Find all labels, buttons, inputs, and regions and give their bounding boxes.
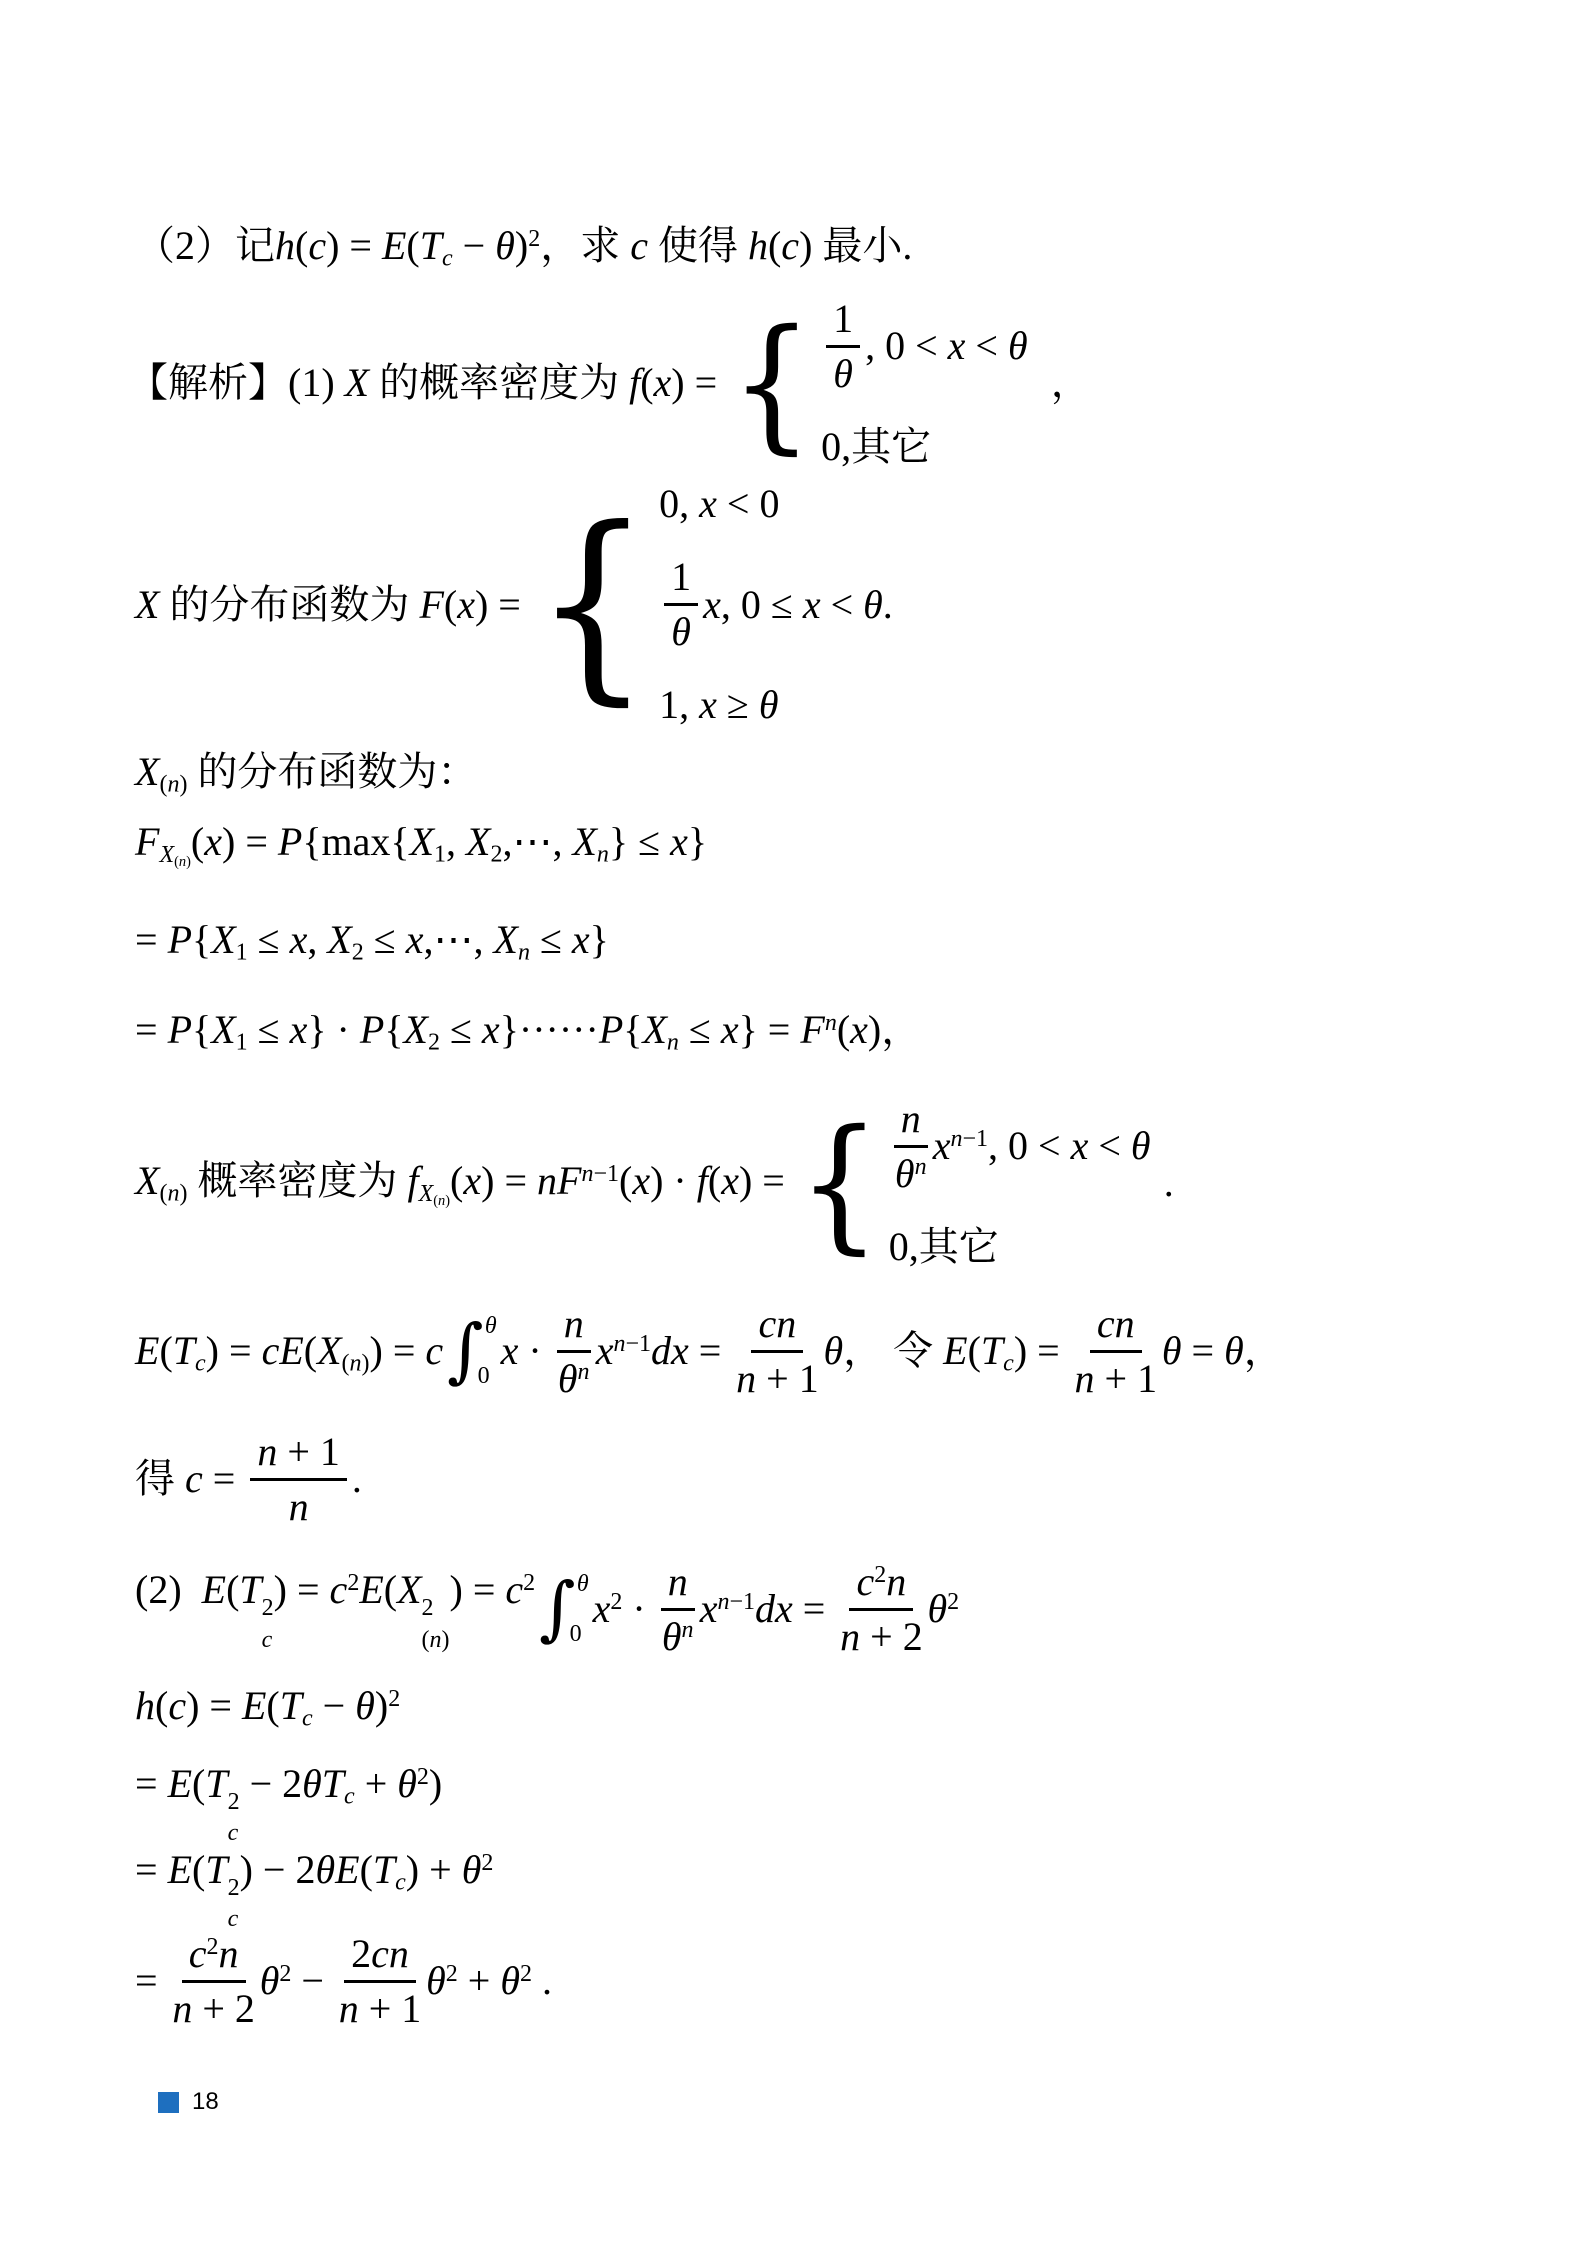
document-page: （2）记h(c) = E(Tc − θ)2，求 c 使得 h(c) 最小.【解析…: [0, 0, 1587, 2245]
cases-group: {0, x < 01θx, 0 ≤ x < θ.1, x ≥ θ: [534, 480, 893, 729]
math-run: xn−1dx =: [700, 1585, 836, 1632]
math-var: n: [825, 1010, 837, 1036]
math-var: P: [168, 917, 192, 962]
math-var: n: [167, 1181, 179, 1207]
math-var: cE: [262, 1328, 304, 1373]
math-text: ,: [307, 917, 327, 962]
math-var: n: [289, 1484, 309, 1529]
math-text: 2: [428, 1030, 440, 1056]
math-line-8: X(n) 概率密度为 fX(n)(x) = nFn−1(x) · f(x) = …: [135, 1095, 1174, 1270]
math-text: ·: [622, 1586, 655, 1631]
math-text: =: [1182, 1328, 1225, 1373]
math-text: 1: [833, 296, 853, 341]
math-var: c: [330, 1567, 348, 1612]
math-supscript: 2: [947, 1589, 959, 1615]
math-var: n: [840, 1614, 860, 1659]
math-text: 2: [446, 1961, 458, 1987]
math-text: } ·: [307, 1007, 360, 1052]
math-text: <: [821, 582, 864, 627]
math-var: x: [933, 1123, 951, 1168]
fraction: nθn: [894, 1095, 928, 1197]
math-subscript: (n): [174, 854, 191, 870]
math-text: (: [192, 1761, 205, 1806]
math-line-15: = c2nn + 2θ2 − 2cnn + 1θ2 + θ2 .: [135, 1930, 552, 2032]
math-text: ) =: [475, 582, 531, 627]
math-text: (: [968, 1328, 981, 1373]
math-var: n: [518, 940, 530, 966]
math-var: dx: [651, 1328, 689, 1373]
math-var: θ: [1131, 1123, 1151, 1168]
math-var: n: [1075, 1356, 1095, 1401]
math-text: ) =: [206, 1328, 262, 1373]
math-run: = E(T2c − 2θTc + θ2): [135, 1760, 442, 1845]
cases-row: 0,其它: [889, 1223, 999, 1270]
math-text: ≥: [717, 682, 759, 727]
math-var: θ: [662, 1614, 682, 1659]
math-text: 2: [523, 1570, 535, 1596]
math-var: h: [135, 1683, 155, 1728]
math-text: 的分布函数为：: [187, 749, 477, 794]
math-var: c: [189, 1931, 207, 1976]
math-var: x: [1071, 1123, 1089, 1168]
math-text: {: [192, 917, 211, 962]
math-run: x, 0 ≤ x < θ.: [703, 581, 893, 628]
math-text: 的分布函数为: [159, 582, 419, 627]
math-run: 得 c =: [135, 1455, 245, 1502]
math-text: =: [203, 1456, 246, 1501]
math-text: {: [623, 1007, 642, 1052]
math-run: n: [564, 1300, 584, 1347]
math-var: x: [948, 323, 966, 368]
math-var: T: [322, 1761, 344, 1806]
math-run: c2n: [189, 1930, 239, 1977]
math-supscript: n−1: [950, 1126, 988, 1152]
math-line-7: = P{X1 ≤ x} · P{X2 ≤ x}······P{Xn ≤ x} =…: [135, 1006, 921, 1055]
math-var: x: [593, 1586, 611, 1631]
math-subscript: c: [1003, 1350, 1014, 1376]
math-run: xn−1, 0 < x < θ: [933, 1122, 1151, 1169]
footer-marker-square: [158, 2092, 179, 2113]
math-run: , 0 < x < θ: [865, 322, 1028, 369]
math-var: c: [185, 1456, 203, 1501]
math-var: x: [803, 582, 821, 627]
math-var: F: [419, 582, 443, 627]
math-run: = P{X1 ≤ x, X2 ≤ x,⋯, Xn ≤ x}: [135, 916, 609, 965]
math-text: 2: [228, 1789, 240, 1815]
math-var: T: [239, 1567, 261, 1612]
math-run: n: [668, 1558, 688, 1605]
left-brace: {: [534, 501, 651, 707]
math-var: x: [632, 1158, 650, 1203]
math-var: x: [699, 481, 717, 526]
math-text: (: [837, 1007, 850, 1052]
math-run: θ: [671, 608, 691, 655]
math-run: FX(n)(x) = P{max{X1, X2,⋯, Xn} ≤ x}: [135, 818, 707, 869]
math-var: T: [205, 1761, 227, 1806]
math-var: θ: [1008, 323, 1028, 368]
math-var: n: [668, 1559, 688, 1604]
math-var: n: [430, 1627, 442, 1653]
math-text: ) =: [186, 1683, 242, 1728]
math-var: f: [697, 1158, 708, 1203]
math-var: x: [501, 1328, 519, 1373]
math-text: ，求: [540, 223, 630, 268]
math-run: 2cn: [351, 1930, 409, 1977]
math-run: n + 2: [172, 1985, 255, 2032]
math-var: X: [466, 819, 490, 864]
math-text: 2: [490, 842, 502, 868]
math-text: +: [355, 1761, 398, 1806]
math-text: ) =: [222, 819, 278, 864]
math-var: f: [407, 1158, 418, 1203]
math-var: θ: [928, 1586, 948, 1631]
math-var: x: [596, 1328, 614, 1373]
math-text: 0,: [659, 481, 699, 526]
math-var: x: [572, 917, 590, 962]
math-text: ): [442, 1627, 450, 1653]
math-var: n: [886, 1559, 906, 1604]
math-text: (: [640, 360, 653, 405]
math-supscript: 2: [446, 1961, 458, 1987]
math-text: 2: [228, 1875, 240, 1901]
math-text: 2: [347, 1570, 359, 1596]
math-text: (: [384, 1567, 397, 1612]
math-var: X: [135, 582, 159, 627]
math-text: (: [159, 1328, 172, 1373]
math-run: θ = θ，: [1162, 1327, 1284, 1374]
cases-row: 1θx, 0 ≤ x < θ.: [659, 553, 893, 655]
math-var: x: [654, 360, 672, 405]
math-var: c: [781, 223, 799, 268]
math-var: θ: [462, 1847, 482, 1892]
math-text: (2): [135, 1567, 202, 1612]
math-text: 1: [434, 842, 446, 868]
math-supscript: n−1: [581, 1161, 619, 1187]
math-text: ) =: [671, 360, 727, 405]
math-var: c: [344, 1784, 355, 1810]
math-text: (: [342, 1350, 350, 1376]
math-var: n: [950, 1126, 962, 1152]
left-brace: {: [798, 1110, 881, 1256]
cases-group: {nθnxn−1, 0 < x < θ0,其它: [798, 1095, 1151, 1270]
math-text: 1: [236, 940, 248, 966]
fraction: n + 1n: [250, 1428, 347, 1530]
math-run: x2 ·: [593, 1585, 656, 1632]
math-var: x: [670, 819, 688, 864]
math-text: } =: [739, 1007, 801, 1052]
math-line-4: X(n) 的分布函数为：: [135, 748, 477, 797]
math-var: T: [981, 1328, 1003, 1373]
math-var: x: [721, 1007, 739, 1052]
math-var: n: [339, 1986, 359, 2031]
math-run: θ2: [928, 1585, 960, 1632]
math-run: x ·: [501, 1327, 552, 1374]
math-text: 2: [351, 1931, 371, 1976]
fraction: cnn + 1: [736, 1300, 819, 1402]
math-run: n: [289, 1483, 309, 1530]
cases-row: 1, x ≥ θ: [659, 681, 778, 728]
math-text: 2: [874, 1562, 886, 1588]
math-text: ) =: [326, 223, 382, 268]
math-text: ，: [1244, 1328, 1284, 1373]
math-var: θ: [500, 1958, 520, 2003]
math-var: x: [204, 819, 222, 864]
math-var: θ: [355, 1683, 375, 1728]
math-text: ,⋯,: [502, 819, 572, 864]
math-line-11: (2) E(T2c) = c2E(X2(n)) = c2∫θ0x2 · nθnx…: [135, 1558, 959, 1660]
math-var: T: [173, 1328, 195, 1373]
math-text: ): [362, 1350, 370, 1376]
page-number: 18: [192, 2088, 219, 2116]
math-subscript: 2: [490, 842, 502, 868]
math-run: n + 1: [339, 1985, 422, 2032]
math-var: θ: [577, 1571, 589, 1597]
math-var: E: [135, 1328, 159, 1373]
math-var: x: [699, 682, 717, 727]
math-text: 1,: [659, 682, 699, 727]
math-text: + 2: [192, 1986, 255, 2031]
math-subscript: n: [518, 940, 530, 966]
math-var: n: [172, 1986, 192, 2031]
math-var: n: [257, 1429, 277, 1474]
math-supscript: 2: [523, 1570, 535, 1596]
math-text: + 1: [756, 1356, 819, 1401]
math-var: cn: [759, 1301, 797, 1346]
math-var: P: [278, 819, 302, 864]
math-text: }······: [500, 1007, 599, 1052]
math-text: 2: [481, 1850, 493, 1876]
math-text: 2: [279, 1961, 291, 1987]
integral: ∫θ0: [447, 1314, 496, 1388]
fraction: 1θ: [826, 295, 860, 397]
math-text: )，: [868, 1007, 921, 1052]
math-text: （2）记: [135, 223, 275, 268]
math-text: 的概率密度为: [369, 360, 629, 405]
math-var: X: [397, 1567, 421, 1612]
math-line-12: h(c) = E(Tc − θ)2: [135, 1682, 400, 1731]
math-text: =: [135, 1847, 168, 1892]
math-var: E: [359, 1567, 383, 1612]
math-text: + 1: [1095, 1356, 1158, 1401]
math-var: θ: [485, 1313, 497, 1339]
math-var: x: [700, 1586, 718, 1631]
math-line-3: X 的分布函数为 F(x) = {0, x < 01θx, 0 ≤ x < θ.…: [135, 480, 896, 729]
math-run: n + 1: [1075, 1355, 1158, 1402]
math-supsub-stack: 2c: [228, 1876, 240, 1931]
math-text: (: [192, 1847, 205, 1892]
math-run: cn: [1097, 1300, 1135, 1347]
math-var: X: [642, 1007, 666, 1052]
math-text: 2: [422, 1595, 434, 1621]
math-var: θ: [426, 1958, 446, 2003]
math-text: }: [590, 917, 609, 962]
math-var: X: [494, 917, 518, 962]
math-text: =: [793, 1586, 836, 1631]
math-text: −1: [593, 1161, 619, 1187]
math-subscript: (n): [433, 1193, 450, 1209]
math-run: c2n: [857, 1558, 907, 1605]
math-run: n + 1: [736, 1355, 819, 1402]
math-run: (2) E(T2c) = c2E(X2(n)) = c2: [135, 1566, 535, 1651]
left-brace: {: [730, 310, 813, 456]
math-text: .: [352, 1456, 362, 1501]
math-supscript: n−1: [717, 1589, 755, 1615]
math-line-14: = E(T2c) − 2θE(Tc) + θ2: [135, 1846, 493, 1931]
math-text: =: [135, 1958, 168, 2003]
math-var: c: [308, 223, 326, 268]
math-var: P: [168, 1007, 192, 1052]
cases-row: 0,其它: [821, 423, 931, 470]
math-run: X(n) 概率密度为 fX(n)(x) = nFn−1(x) · f(x) =: [135, 1157, 795, 1208]
math-var: n: [219, 1931, 239, 1976]
math-var: c: [442, 246, 453, 272]
math-text: (: [450, 1158, 463, 1203]
math-var: c: [228, 1906, 239, 1932]
math-run: 0, x < 0: [659, 480, 779, 527]
math-var: x: [290, 917, 308, 962]
math-text: ≤: [679, 1007, 721, 1052]
math-text: (: [304, 1328, 317, 1373]
math-var: E: [242, 1683, 266, 1728]
math-text: (: [295, 223, 308, 268]
math-supscript: 2: [279, 1961, 291, 1987]
math-text: <: [1088, 1123, 1131, 1168]
math-text: 2: [528, 226, 540, 252]
math-run: 1: [833, 295, 853, 342]
math-text: ): [375, 1683, 388, 1728]
math-text: (: [266, 1683, 279, 1728]
math-text: .: [532, 1958, 552, 2003]
math-var: T: [205, 1847, 227, 1892]
math-text: =: [135, 1761, 168, 1806]
math-run: xn−1dx =: [596, 1327, 732, 1374]
math-text: ,: [446, 819, 466, 864]
math-text: 得: [135, 1456, 185, 1501]
math-var: θ: [1224, 1328, 1244, 1373]
math-run: 0,其它: [821, 423, 931, 470]
math-text: (: [406, 223, 419, 268]
math-supscript: n: [915, 1154, 927, 1180]
math-var: θ: [671, 609, 691, 654]
math-text: } ≤: [609, 819, 670, 864]
math-subscript: n: [667, 1030, 679, 1056]
math-line-6: = P{X1 ≤ x, X2 ≤ x,⋯, Xn ≤ x}: [135, 916, 609, 965]
math-subscript: X(n): [419, 1181, 450, 1207]
math-text: 0: [478, 1363, 490, 1389]
math-var: θ: [315, 1847, 335, 1892]
math-text: + 1: [359, 1986, 422, 2031]
math-text: 2: [352, 940, 364, 966]
fraction: c2nn + 2: [172, 1930, 255, 2032]
math-text: ) − 2: [240, 1847, 316, 1892]
fraction: nθn: [661, 1558, 695, 1660]
math-run: （2）记h(c) = E(Tc − θ)2，求 c 使得 h(c) 最小.: [135, 222, 912, 271]
math-text: 2: [520, 1961, 532, 1987]
math-subscript: 1: [236, 940, 248, 966]
math-var: E: [202, 1567, 226, 1612]
math-var: X: [345, 360, 369, 405]
math-var: T: [280, 1683, 302, 1728]
math-var: n: [736, 1356, 756, 1401]
math-text: ≤: [248, 1007, 290, 1052]
math-text: , 0 <: [865, 323, 948, 368]
math-text: 0,其它: [889, 1224, 999, 1269]
math-text: ,⋯,: [424, 917, 494, 962]
math-text: − 2: [240, 1761, 303, 1806]
math-var: n: [597, 842, 609, 868]
math-var: nF: [537, 1158, 581, 1203]
math-var: T: [420, 223, 442, 268]
math-var: c: [262, 1627, 273, 1653]
math-var: θ: [833, 351, 853, 396]
math-subscript: c: [195, 1350, 206, 1376]
math-var: n: [350, 1350, 362, 1376]
math-var: cn: [1097, 1301, 1135, 1346]
math-text: ·: [518, 1328, 551, 1373]
cases-row: 0, x < 0: [659, 480, 779, 527]
math-var: θ: [824, 1328, 844, 1373]
math-text: ≤: [530, 917, 572, 962]
math-run: .: [352, 1455, 362, 1502]
math-var: θ: [759, 682, 779, 727]
math-var: c: [630, 223, 648, 268]
math-var: n: [682, 1617, 694, 1643]
math-line-5: FX(n)(x) = P{max{X1, X2,⋯, Xn} ≤ x}: [135, 818, 707, 869]
math-var: θ: [863, 582, 883, 627]
math-var: E: [168, 1847, 192, 1892]
math-text: =: [689, 1328, 732, 1373]
math-text: (: [708, 1158, 721, 1203]
math-text: (: [155, 1683, 168, 1728]
math-text: {: [384, 1007, 403, 1052]
math-subscript: (n): [342, 1350, 370, 1376]
math-line-13: = E(T2c − 2θTc + θ2): [135, 1760, 442, 1845]
math-var: θ: [495, 223, 515, 268]
math-text: (: [191, 819, 204, 864]
math-var: c: [505, 1567, 523, 1612]
math-text: 2: [207, 1934, 219, 1960]
math-supscript: 2: [610, 1589, 622, 1615]
math-subscript: c: [442, 246, 453, 272]
math-var: F: [800, 1007, 824, 1052]
math-var: x: [850, 1007, 868, 1052]
math-subscript: 2: [352, 940, 364, 966]
math-var: X: [419, 1181, 434, 1207]
math-text: 【解析】(1): [128, 360, 345, 405]
math-run: ，: [1031, 359, 1091, 406]
math-supscript: n: [578, 1359, 590, 1385]
fraction: cnn + 1: [1075, 1300, 1158, 1402]
math-var: n: [915, 1154, 927, 1180]
math-var: n: [578, 1359, 590, 1385]
math-text: ) =: [739, 1158, 795, 1203]
math-text: +: [458, 1958, 501, 2003]
math-text: ≤: [248, 917, 290, 962]
math-text: ) =: [1014, 1328, 1070, 1373]
math-var: n: [613, 1331, 625, 1357]
math-text: 2: [417, 1764, 429, 1790]
math-run: θ: [833, 350, 853, 397]
math-run: = E(T2c) − 2θE(Tc) + θ2: [135, 1846, 493, 1931]
math-run: cn: [759, 1300, 797, 1347]
math-text: 使得: [648, 223, 748, 268]
math-text: .: [883, 582, 893, 627]
math-text: ) =: [370, 1328, 426, 1373]
math-text: ): [429, 1761, 442, 1806]
math-subscript: 1: [236, 1030, 248, 1056]
math-var: X: [135, 1158, 159, 1203]
math-var: c: [1003, 1350, 1014, 1376]
